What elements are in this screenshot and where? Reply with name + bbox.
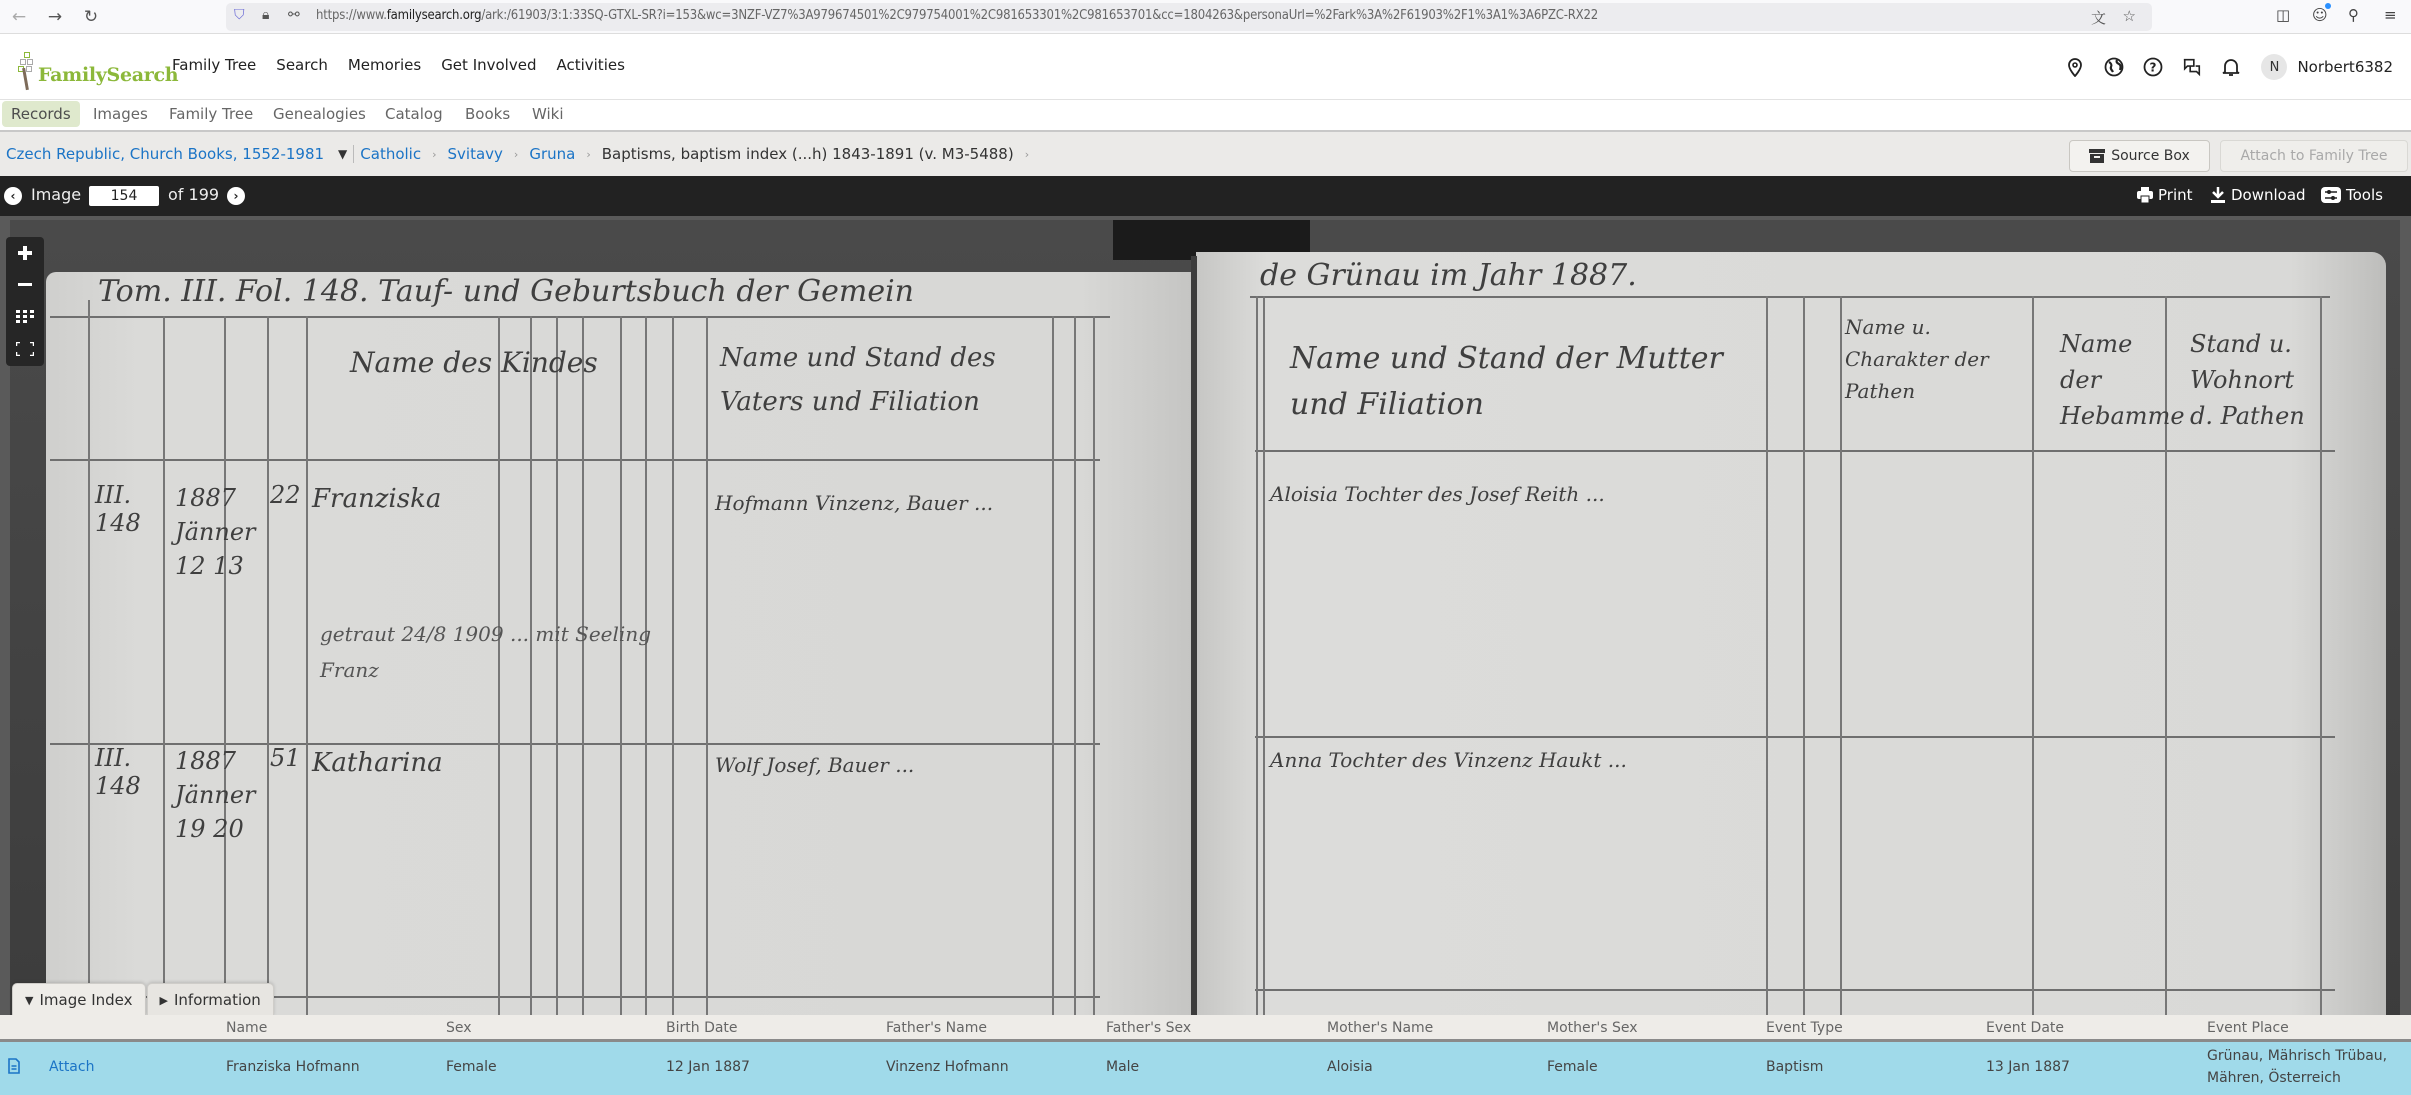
cell-event-date: 13 Jan 1887 [1986, 1059, 2070, 1075]
fullscreen-icon [16, 342, 34, 356]
attach-link[interactable]: Attach [49, 1059, 94, 1075]
ledger-rule [1256, 296, 1258, 1015]
plus-icon [18, 246, 32, 260]
ledger-rule [50, 316, 1110, 318]
minus-icon [18, 278, 32, 292]
entry1-tomfol: III. 148 [95, 481, 155, 537]
col-header-mother: Name und Stand der Mutter und Filiation [1290, 336, 1750, 428]
shield-icon[interactable]: ⛉ [234, 7, 245, 23]
archive-box-icon [2089, 149, 2105, 163]
translate-icon[interactable]: 文 [2091, 7, 2106, 28]
col-event-type[interactable]: Event Type [1766, 1020, 1843, 1036]
ledger-rule [88, 300, 90, 1015]
ledger-rule [267, 316, 269, 1015]
nav-get-involved[interactable]: Get Involved [441, 56, 536, 74]
index-table-header: Name Sex Birth Date Father's Name Father… [0, 1015, 2411, 1042]
ledger-rule [1074, 316, 1076, 1015]
cell-mothers-name: Aloisia [1327, 1059, 1373, 1075]
site-header: FamilySearch Family Tree Search Memories… [0, 34, 2411, 100]
avatar[interactable]: N [2261, 54, 2287, 80]
chevron-right-icon: › [432, 148, 436, 161]
subnav-books[interactable]: Books [456, 101, 519, 127]
download-icon [2210, 187, 2226, 203]
col-header-godparents: Name u. Charakter der Pathen [1845, 311, 2030, 407]
chevron-right-icon: › [514, 148, 518, 161]
zoom-controls [6, 237, 44, 366]
image-number-input[interactable] [89, 186, 159, 206]
tab-image-index[interactable]: ▼ Image Index [12, 983, 146, 1016]
entry1-date: 1887 Jänner 12 13 [175, 481, 265, 583]
breadcrumb: Czech Republic, Church Books, 1552-1981 … [6, 145, 1040, 163]
gallery-view-button[interactable] [6, 301, 44, 333]
account-icon[interactable]: ☺ [2312, 6, 2328, 24]
entry1-note: getraut 24/8 1909 ... mit Seeling Franz [320, 616, 660, 688]
print-label: Print [2158, 186, 2193, 204]
left-page-header: Tom. III. Fol. 148. Tauf- und Geburtsbuc… [98, 274, 914, 309]
printer-icon [2137, 187, 2153, 203]
address-bar[interactable]: ⛉ 🔒︎ ⚯ https://www.familysearch.org/ark:… [226, 3, 2152, 31]
col-sex[interactable]: Sex [446, 1020, 472, 1036]
username[interactable]: Norbert6382 [2297, 58, 2393, 76]
image-label: Image [31, 185, 81, 204]
index-panel-tabs: ▼ Image Index ▶ Information [12, 983, 274, 1016]
source-box-button[interactable]: Source Box [2069, 140, 2210, 172]
col-header-residence: Stand u. Wohnort d. Pathen [2190, 326, 2320, 434]
browser-toolbar: ← → ↻ ⛉ 🔒︎ ⚯ https://www.familysearch.or… [0, 0, 2411, 34]
ledger-rule [1052, 316, 1054, 1015]
ledger-rule [672, 316, 674, 1015]
fullscreen-button[interactable] [6, 333, 44, 365]
col-birth-date[interactable]: Birth Date [666, 1020, 738, 1036]
messages-icon[interactable] [2182, 57, 2202, 77]
cell-fathers-name: Vinzenz Hofmann [886, 1059, 1009, 1075]
record-document-icon[interactable] [8, 1058, 20, 1078]
subnav-wiki[interactable]: Wiki [523, 101, 573, 127]
forward-icon[interactable]: → [44, 6, 66, 28]
ledger-rule [1803, 296, 1805, 1015]
breadcrumb-bar: Czech Republic, Church Books, 1552-1981 … [0, 132, 2411, 176]
divider [353, 145, 354, 163]
subnav-catalog[interactable]: Catalog [376, 101, 452, 127]
chevron-right-icon[interactable]: › [1025, 148, 1029, 161]
collection-dropdown-icon[interactable]: ▼ [338, 147, 347, 161]
ledger-rule [1840, 296, 1842, 1015]
ledger-rule [1255, 736, 2335, 738]
col-header-child: Name des Kindes [350, 346, 598, 379]
viewer-toolbar: ‹ Image of 199 › Print Download Tools [0, 176, 2411, 216]
previous-image-button[interactable]: ‹ [4, 187, 22, 205]
breadcrumb-collection[interactable]: Czech Republic, Church Books, 1552-1981 [6, 145, 324, 163]
ledger-rule [706, 316, 708, 1015]
entry2-father: Wolf Josef, Bauer ... [715, 748, 1045, 782]
breadcrumb-catholic[interactable]: Catholic [360, 145, 421, 163]
entry2-house: 51 [270, 744, 301, 772]
back-icon[interactable]: ← [8, 6, 30, 28]
col-header-father: Name und Stand des Vaters und Filiation [720, 336, 1040, 424]
nav-search[interactable]: Search [276, 56, 328, 74]
col-event-date[interactable]: Event Date [1986, 1020, 2064, 1036]
ledger-rule [50, 459, 1100, 461]
sliders-icon [2321, 187, 2341, 203]
tools-label: Tools [2346, 186, 2383, 204]
grid-icon [16, 310, 34, 324]
entry2-mother: Anna Tochter des Vinzenz Haukt ... [1270, 744, 1750, 776]
col-name[interactable]: Name [226, 1020, 267, 1036]
ledger-rule [1255, 989, 2335, 991]
attach-to-family-tree-label: Attach to Family Tree [2240, 148, 2387, 164]
ledger-rule [224, 316, 226, 1015]
cell-birth-date: 12 Jan 1887 [666, 1059, 750, 1075]
entry1-child: Franziska [312, 484, 441, 514]
subnav-images[interactable]: Images [84, 101, 157, 127]
tree-logo-icon [18, 50, 36, 90]
entry2-tomfol: III. 148 [95, 744, 155, 800]
book-spine [1191, 256, 1197, 1015]
ledger-rule [306, 316, 308, 1015]
ledger-rule [1766, 296, 1768, 1015]
menu-icon[interactable]: ≡ [2384, 6, 2397, 24]
nav-activities[interactable]: Activities [556, 56, 624, 74]
col-fathers-sex[interactable]: Father's Sex [1106, 1020, 1191, 1036]
entry2-child: Katharina [312, 748, 443, 778]
cell-mothers-sex: Female [1547, 1059, 1598, 1075]
cell-event-place-line2: Mähren, Österreich [2207, 1070, 2341, 1086]
entry1-house: 22 [270, 481, 301, 509]
svg-text:?: ? [2150, 61, 2157, 75]
nav-family-tree[interactable]: Family Tree [172, 56, 256, 74]
print-button[interactable]: Print [2137, 186, 2193, 204]
cell-sex: Female [446, 1059, 497, 1075]
familysearch-logo[interactable]: FamilySearch [18, 44, 178, 90]
pocket-icon[interactable]: ◫ [2276, 6, 2290, 24]
caret-right-icon: ▶ [160, 994, 168, 1007]
breadcrumb-svitavy[interactable]: Svitavy [448, 145, 503, 163]
tab-information[interactable]: ▶ Information [147, 983, 274, 1016]
tools-button[interactable]: Tools [2321, 186, 2383, 204]
help-icon[interactable]: ? [2143, 57, 2163, 77]
source-box-label: Source Box [2111, 148, 2190, 164]
col-mothers-sex[interactable]: Mother's Sex [1547, 1020, 1638, 1036]
caret-down-icon: ▼ [25, 994, 33, 1007]
right-page-header: de Grünau im Jahr 1887. [1260, 258, 1637, 293]
location-pin-icon[interactable] [2065, 57, 2085, 77]
url-text[interactable]: https://www.familysearch.org/ark:/61903/… [316, 8, 1598, 23]
subnav-family-tree[interactable]: Family Tree [160, 101, 262, 127]
nav-memories[interactable]: Memories [348, 56, 421, 74]
table-row[interactable]: Attach Franziska Hofmann Female 12 Jan 1… [0, 1042, 2411, 1095]
ledger-rule [1263, 296, 1265, 1015]
tab-image-index-label: Image Index [39, 991, 132, 1009]
entry2-date: 1887 Jänner 19 20 [175, 744, 265, 846]
reload-icon[interactable]: ↻ [80, 6, 102, 28]
col-event-place[interactable]: Event Place [2207, 1020, 2289, 1036]
entry1-mother: Aloisia Tochter des Josef Reith ... [1270, 478, 1750, 510]
cell-event-place-line1: Grünau, Mährisch Trübau, [2207, 1048, 2387, 1064]
chevron-right-icon: › [586, 148, 590, 161]
image-viewer[interactable]: Tom. III. Fol. 148. Tauf- und Geburtsbuc… [0, 216, 2411, 1015]
header-utilities: ? N Norbert6382 [2046, 50, 2393, 84]
globe-icon[interactable] [2104, 57, 2124, 77]
tab-information-label: Information [174, 991, 261, 1009]
breadcrumb-current: Baptisms, baptism index (...h) 1843-1891… [602, 145, 1014, 163]
col-fathers-name[interactable]: Father's Name [886, 1020, 987, 1036]
logo-text: FamilySearch [38, 64, 178, 86]
extensions-icon[interactable]: ⚲ [2348, 6, 2359, 24]
col-mothers-name[interactable]: Mother's Name [1327, 1020, 1433, 1036]
cell-name: Franziska Hofmann [226, 1059, 360, 1075]
ledger-rule [1093, 316, 1095, 1015]
ledger-rule [163, 316, 165, 1015]
entry1-father: Hofmann Vinzenz, Bauer ... [715, 486, 1045, 520]
col-header-midwife: Name der Hebamme [2060, 326, 2160, 434]
ledger-rule [1255, 450, 2335, 452]
bookmark-star-icon[interactable]: ☆ [2123, 7, 2136, 25]
image-total: of 199 [168, 185, 219, 204]
lock-icon[interactable]: 🔒︎ [262, 7, 269, 23]
attach-to-family-tree-button[interactable]: Attach to Family Tree [2220, 140, 2408, 172]
zoom-in-button[interactable] [6, 237, 44, 269]
cell-event-type: Baptism [1766, 1059, 1823, 1075]
zoom-out-button[interactable] [6, 269, 44, 301]
download-label: Download [2231, 186, 2306, 204]
sub-nav: Records Images Family Tree Genealogies C… [0, 100, 2411, 132]
subnav-records[interactable]: Records [2, 101, 80, 127]
next-image-button[interactable]: › [227, 187, 245, 205]
main-nav: Family Tree Search Memories Get Involved… [172, 56, 645, 74]
cell-fathers-sex: Male [1106, 1059, 1139, 1075]
download-button[interactable]: Download [2210, 186, 2306, 204]
ledger-rule [2320, 296, 2322, 1015]
permissions-icon[interactable]: ⚯ [288, 7, 300, 23]
ledger-rule [2032, 296, 2034, 1015]
breadcrumb-gruna[interactable]: Gruna [529, 145, 575, 163]
bell-icon[interactable] [2221, 57, 2241, 77]
ledger-rule [1250, 296, 2330, 298]
subnav-genealogies[interactable]: Genealogies [264, 101, 375, 127]
